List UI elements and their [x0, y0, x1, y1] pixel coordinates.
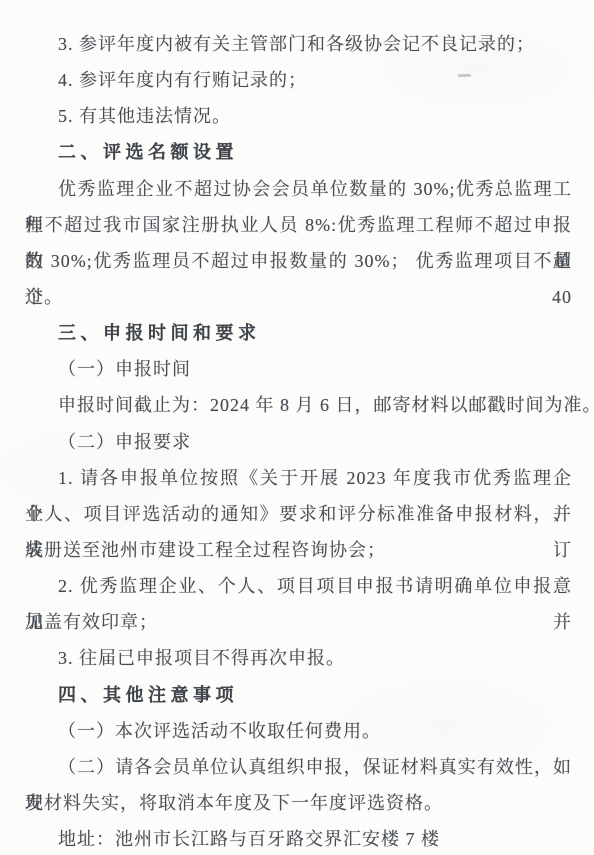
text-line: 现材料失实，将取消本年度及下一年度评选资格。 — [25, 785, 572, 821]
text-line: 个人、项目评选活动的通知》要求和评分标准准备申报材料，并装订 — [25, 496, 572, 532]
document-page: 3. 参评年度内被有关主管部门和各级协会记不良记录的；4. 参评年度内有行贿记录… — [0, 0, 594, 855]
text-line: 3. 参评年度内被有关主管部门和各级协会记不良记录的； — [25, 26, 572, 62]
text-line: 优秀监理企业不超过协会会员单位数量的 30%;优秀总监理工程 — [25, 171, 572, 207]
text-line: （二）申报要求 — [25, 424, 572, 460]
text-line: 师不超过我市国家注册执业人员 8%:优秀监理工程师不超过申报数量 — [25, 207, 572, 243]
text-line: 1. 请各申报单位按照《关于开展 2023 年度我市优秀监理企业、 — [25, 460, 572, 496]
text-line: 地址：池州市长江路与百牙路交界汇安楼 7 楼 — [25, 821, 572, 855]
text-line: （二）请各会员单位认真组织申报，保证材料真实有效性，如发 — [25, 749, 572, 785]
text-line: 4. 参评年度内有行贿记录的； — [25, 62, 572, 98]
text-line: 2. 优秀监理企业、个人、项目项目申报书请明确单位申报意见并 — [25, 568, 572, 604]
text-line: 的 30%;优秀监理员不超过申报数量的 30%； 优秀监理项目不超过 40 — [25, 243, 572, 279]
section-heading: 三、申报时间和要求 — [25, 315, 572, 351]
text-line: （一）本次评选活动不收取任何费用。 — [25, 713, 572, 749]
text-line: 5. 有其他违法情况。 — [25, 98, 572, 134]
text-line: 申报时间截止为：2024 年 8 月 6 日，邮寄材料以邮戳时间为准。 — [25, 387, 572, 423]
scan-artifact-dash — [458, 74, 471, 77]
section-heading: 四、其他注意事项 — [25, 677, 572, 713]
text-line: 3. 往届已申报项目不得再次申报。 — [25, 640, 572, 676]
document-text-column: 3. 参评年度内被有关主管部门和各级协会记不良记录的；4. 参评年度内有行贿记录… — [25, 26, 572, 855]
text-line: （一）申报时间 — [25, 351, 572, 387]
section-heading: 二、评选名额设置 — [25, 134, 572, 170]
